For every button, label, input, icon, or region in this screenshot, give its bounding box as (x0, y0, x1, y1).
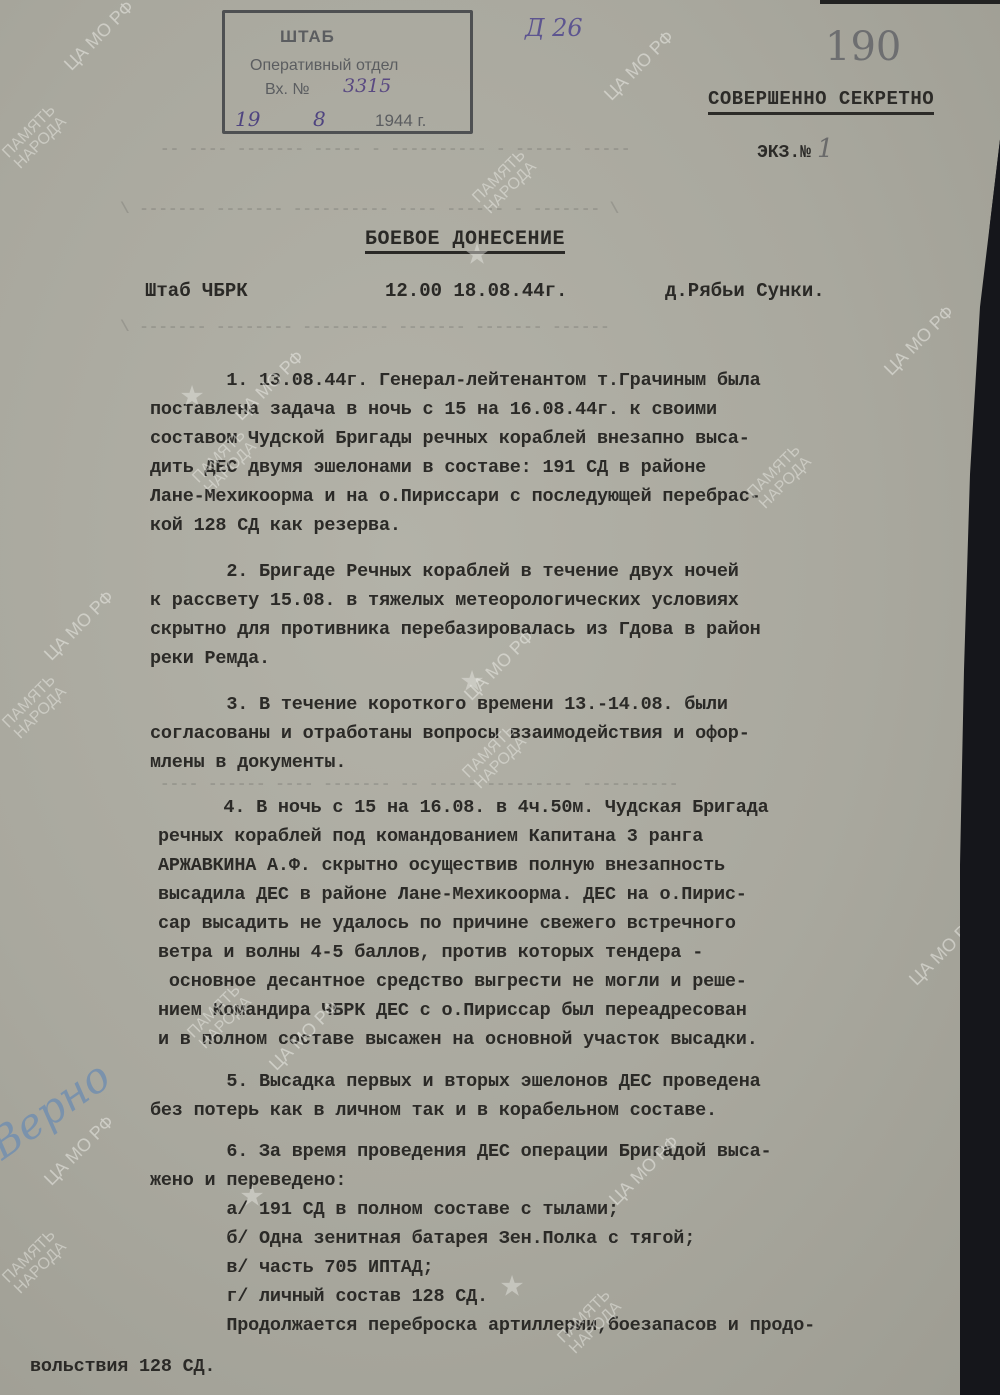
header-unit: Штаб ЧБРК (145, 280, 248, 302)
show-through-text: -- ---- ------- ----- - ---------- - ---… (160, 140, 630, 158)
copy-number-value: 1 (817, 134, 834, 164)
stamp-incoming-label: Вх. № (265, 81, 310, 99)
star-icon: ★ (180, 370, 204, 419)
star-icon: ★ (500, 1260, 524, 1309)
scan-edge (820, 0, 1000, 4)
stamp-year: 1944 г. (375, 111, 426, 131)
stamp-department: Оперативный отдел (250, 57, 398, 75)
show-through-text: \ ------- ------- ---------- ---- ------… (120, 200, 619, 218)
paragraph-3: 3. В течение короткого времени 13.-14.08… (150, 690, 750, 777)
paragraph-2: 2. Бригаде Речных кораблей в течение дву… (150, 557, 761, 673)
stamp-month: 8 (313, 107, 326, 131)
handwritten-reference: Д 26 (525, 14, 583, 42)
header-datetime: 12.00 18.08.44г. (385, 280, 567, 302)
copy-number: ЭКЗ.№1 (757, 134, 834, 164)
show-through-text: ---- ------ ---- ------- -- ----- ------… (160, 775, 678, 793)
paragraph-5: 5. Высадка первых и вторых эшелонов ДЕС … (150, 1067, 761, 1125)
star-icon: ★ (460, 655, 484, 704)
star-icon: ★ (240, 1170, 264, 1219)
incoming-stamp: ШТАБ Оперативный отдел Вх. № 3315 19 8 1… (222, 10, 473, 134)
classification-label: СОВЕРШЕННО СЕКРЕТНО (708, 88, 934, 115)
paragraph-6: 6. За время проведения ДЕС операции Бриг… (150, 1137, 815, 1340)
header-location: д.Рябьи Сунки. (665, 280, 825, 302)
copy-label: ЭКЗ.№ (757, 143, 811, 163)
handwritten-page-number: 190 (825, 24, 901, 70)
star-icon: ★ (465, 228, 489, 277)
stamp-headquarters: ШТАБ (280, 27, 335, 47)
show-through-text: \ ------- -------- --------- ------- ---… (120, 318, 610, 336)
stamp-day: 19 (235, 107, 260, 131)
stamp-incoming-number: 3315 (343, 75, 391, 97)
paragraph-6-continuation: вольствия 128 СД. (30, 1352, 215, 1381)
paragraph-4: 4. В ночь с 15 на 16.08. в 4ч.50м. Чудск… (158, 793, 769, 1054)
